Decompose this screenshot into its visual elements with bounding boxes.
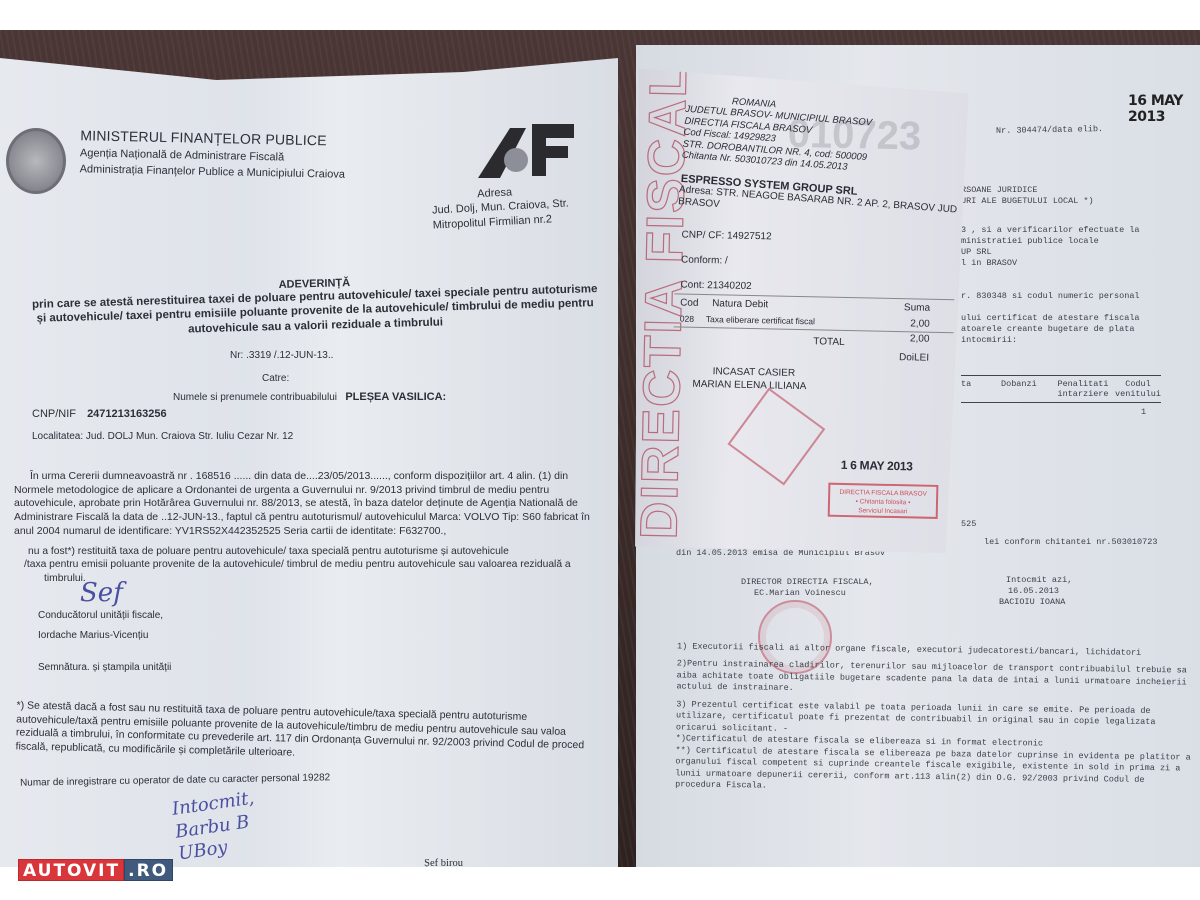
cnp-label: CNP/NIF [32,408,76,420]
used-receipt-stamp: DIRECTIA FISCALA BRASOV • Chitanta folos… [828,483,939,519]
ministry-header: MINISTERUL FINANȚELOR PUBLICE Agenția Na… [80,127,346,181]
pollution-tax-certificate: MINISTERUL FINANȚELOR PUBLICE Agenția Na… [0,58,618,867]
stamp-line: Serviciul Incasari [830,506,936,517]
document-photo: 16 MAY 2013 Nr. 304474/data elib. RSOANE… [0,30,1200,867]
date-stamp: 16 MAY 2013 [1128,93,1200,125]
certificate-body: În urma Cererii dumneavoastră nr . 16851… [14,470,599,538]
prepared-date: 16.05.2013 [1008,586,1059,596]
head-title: Conducătorul unității fiscale, [38,606,163,626]
cnp-value: 2471213163256 [87,408,167,420]
certificate-line: intocmirii: [961,335,1017,345]
column-header: Dobanzi [1001,379,1037,389]
col-natura: Natura Debit [712,298,768,310]
certificate-line: r. 830348 si codul numeric personal [961,291,1140,301]
certificate-number: Nr. 304474/data elib. [996,124,1103,136]
handwritten-line: Intocmit, [171,788,256,822]
operator-number: Numar de inregistrare cu operator de dat… [20,772,330,788]
administration-name: Administrația Finanțelor Publice a Munic… [80,163,346,181]
payment-receipt: DIRECTIA FISCALA BRASOV 010723 ROMANIA J… [629,69,969,554]
certificate-line: ministratiei publice locale [961,236,1099,246]
cnp-row: CNP/NIF 2471213163256 [32,408,167,420]
taxpayer-label: Numele si prenumele contribuabilului [173,392,337,403]
certificate-line: 3 , si a verificarilor efectuate la [961,225,1140,235]
taxpayer: Numele si prenumele contribuabilului PLE… [173,391,446,403]
handwritten-note: Intocmit, Barbu B UBoy [171,788,262,866]
note: 2)Pentru instrainarea cladirilor, terenu… [676,659,1196,701]
col-cod: Cod [680,298,699,309]
column-header: ta [961,379,971,389]
footnote: *) Se atestă dacă a fost sau nu restitui… [15,699,601,767]
not-refunded-statement: nu a fost*) restituită taxa de poluare p… [28,545,598,585]
office-head: Șef birou SIMINICĂ DANIELA [395,858,492,867]
certificate-notes: 1) Executorii fiscali ai altor organe fi… [675,641,1197,804]
triangle-stamp [727,388,825,486]
director-title: DIRECTOR DIRECTIA FISCALA, [741,577,874,587]
agency-name: Agenția Națională de Administrare Fiscal… [80,147,346,165]
handwritten-line: UBoy [177,832,262,866]
statement-line: /taxa pentru emisii poluante provenite d… [24,558,598,571]
locality: Localitatea: Jud. DOLJ Mun. Craiova Str.… [32,431,293,442]
head-name: Iordache Marius-Vicențiu [38,626,163,646]
total-label: TOTAL [813,336,845,348]
to-label: Catre: [262,373,289,384]
note: **) Certificatul de atestare fiscala se … [675,745,1196,798]
payment-line: lei conform chitantei nr.503010723 [984,537,1157,547]
watermark-brand: AUTOVIT [18,859,124,881]
item-natura: Taxa eliberare certificat fiscal [706,314,815,326]
certificate-line: ului certificat de atestare fiscala [961,313,1140,323]
account: Cont: 21340202 [680,280,751,292]
partial-number: 525 [961,519,976,529]
watermark-tld: .RO [124,859,173,881]
col-suma: Suma [904,302,930,314]
column-header: Codul venitului [1115,379,1161,399]
receipt-header: ROMANIA JUDETUL BRASOV- MUNICIPIUL BRASO… [681,93,873,175]
cnp-cf: CNP/ CF: 14927512 [681,230,771,243]
amount-words: DoiLEI [899,352,929,364]
statement-line: timbrului. [28,572,598,585]
autovit-watermark: AUTOVIT .RO [18,859,173,881]
ministry-name: MINISTERUL FINANȚELOR PUBLICE [80,127,346,149]
item-cod: 028 [680,314,694,324]
certificate-line: URI ALE BUGETULUI LOCAL *) [961,196,1094,206]
receipt-date-stamp: 1 6 MAY 2013 [841,458,913,474]
handwritten-line: Barbu B [174,810,259,844]
certificate-line: l in BRASOV [961,258,1017,268]
office-head-title: Șef birou [395,858,492,867]
certificate-line: RSOANE JURIDICE [961,185,1038,195]
cashier-label: INCASAT CASIER [713,366,796,379]
document-title-block: ADEVERINȚĂ prin care se atestă nerestitu… [29,270,600,341]
taxpayer-name: PLEȘEA VASILICA: [345,391,446,403]
signature-label: Semnătura. și ștampila unității [38,662,171,673]
total-value: 2,00 [910,333,930,344]
note: 1) Executorii fiscali ai altor organe fi… [677,641,1197,660]
director-name: EC.Marian Voinescu [754,588,846,598]
cashier-name: MARIAN ELENA LILIANA [692,379,806,392]
anaf-logo-icon [470,120,580,180]
prepared-label: Intocmit azi, [1006,575,1072,585]
column-header: Penalitati intarziere [1053,379,1113,399]
agency-address: Adresa Jud. Dolj, Mun. Craiova, Str. Mit… [431,182,570,232]
romania-crest-icon [6,128,66,194]
certificate-line: UP SRL [961,247,992,257]
conform: Conform: / [681,255,728,267]
document-number: Nr: .3319 /.12-JUN-13.. [230,350,333,361]
table-cell: 1 [1141,407,1146,417]
statement-line: nu a fost*) restituită taxa de poluare p… [28,545,598,558]
debt-table-header: ta Dobanzi Penalitati intarziere Codul v… [961,375,1161,403]
certificate-line: atoarele creante bugetare de plata [961,324,1134,334]
head-of-unit: Conducătorul unității fiscale, Iordache … [38,606,163,646]
item-suma: 2,00 [910,318,930,329]
prepared-name: BACIOIU IOANA [999,597,1065,607]
